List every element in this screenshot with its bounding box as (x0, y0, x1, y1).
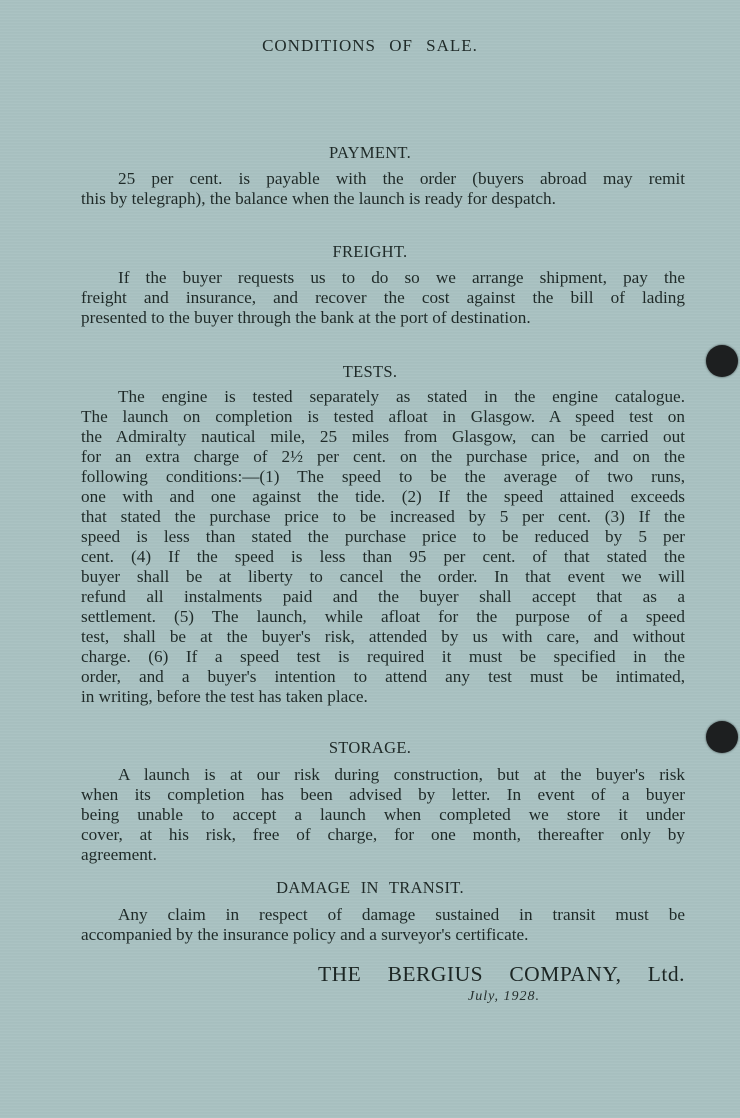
paragraph-line: agreement. (81, 845, 685, 865)
paragraph-line: that stated the purchase price to be inc… (81, 507, 685, 527)
paragraph-line: the Admiralty nautical mile, 25 miles fr… (81, 427, 685, 447)
paragraph-line: speed is less than stated the purchase p… (81, 527, 685, 547)
paragraph-line: for an extra charge of 2½ per cent. on t… (81, 447, 685, 467)
paragraph-storage: A launch is at our risk during construct… (81, 765, 685, 865)
paragraph-line: If the buyer requests us to do so we arr… (81, 268, 685, 288)
paragraph-line: freight and insurance, and recover the c… (81, 288, 685, 308)
paragraph-payment: 25 per cent. is payable with the order (… (81, 169, 685, 209)
heading-damage-in-transit: DAMAGE IN TRANSIT. (0, 878, 740, 898)
paragraph-line: this by telegraph), the balance when the… (81, 189, 685, 209)
paragraph-line: following conditions:—(1) The speed to b… (81, 467, 685, 487)
heading-freight: FREIGHT. (0, 242, 740, 262)
page-title: CONDITIONS OF SALE. (0, 36, 740, 56)
paragraph-line: A launch is at our risk during construct… (81, 765, 685, 785)
paragraph-line: accompanied by the insurance policy and … (81, 925, 685, 945)
paragraph-line: Any claim in respect of damage sustained… (81, 905, 685, 925)
paragraph-line: one with and one against the tide. (2) I… (81, 487, 685, 507)
punch-hole-icon (706, 721, 738, 753)
paragraph-line: test, shall be at the buyer's risk, atte… (81, 627, 685, 647)
paragraph-line: settlement. (5) The launch, while afloat… (81, 607, 685, 627)
paragraph-tests: The engine is tested separately as state… (81, 387, 685, 707)
paragraph-line: refund all instalments paid and the buye… (81, 587, 685, 607)
paragraph-freight: If the buyer requests us to do so we arr… (81, 268, 685, 328)
heading-tests: TESTS. (0, 362, 740, 382)
paragraph-line: The engine is tested separately as state… (81, 387, 685, 407)
heading-storage: STORAGE. (0, 738, 740, 758)
paragraph-line: in writing, before the test has taken pl… (81, 687, 685, 707)
paragraph-line: being unable to accept a launch when com… (81, 805, 685, 825)
punch-hole-icon (706, 345, 738, 377)
document-page: CONDITIONS OF SALE. PAYMENT. 25 per cent… (0, 0, 740, 1118)
paragraph-line: cent. (4) If the speed is less than 95 p… (81, 547, 685, 567)
signature-date: July, 1928. (468, 989, 540, 1005)
paragraph-line: when its completion has been advised by … (81, 785, 685, 805)
paragraph-damage-in-transit: Any claim in respect of damage sustained… (81, 905, 685, 945)
company-signature: THE BERGIUS COMPANY, Ltd. (318, 962, 685, 987)
paragraph-line: buyer shall be at liberty to cancel the … (81, 567, 685, 587)
paragraph-line: charge. (6) If a speed test is required … (81, 647, 685, 667)
paragraph-line: The launch on completion is tested afloa… (81, 407, 685, 427)
paragraph-line: 25 per cent. is payable with the order (… (81, 169, 685, 189)
paragraph-line: order, and a buyer's intention to attend… (81, 667, 685, 687)
paragraph-line: presented to the buyer through the bank … (81, 308, 685, 328)
paragraph-line: cover, at his risk, free of charge, for … (81, 825, 685, 845)
heading-payment: PAYMENT. (0, 143, 740, 163)
